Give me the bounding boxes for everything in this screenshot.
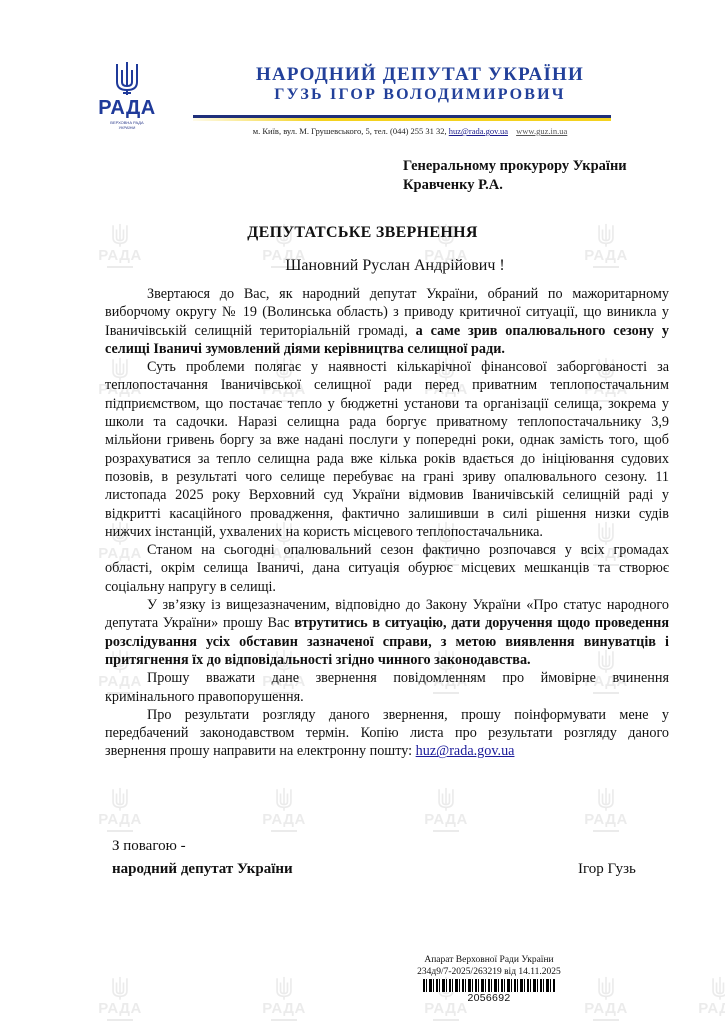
- watermark-logo: РАДА: [584, 786, 628, 832]
- watermark-logo: РАДА: [98, 975, 142, 1021]
- watermark-text: РАДА: [262, 812, 306, 828]
- letterhead-name: ГУЗЬ ІГОР ВОЛОДИМИРОВИЧ: [200, 86, 640, 104]
- watermark-logo: РАДА: [98, 786, 142, 832]
- trident-icon: [597, 786, 615, 812]
- addressee-position: Генеральному прокурору України: [403, 157, 627, 176]
- signatory-role: народний депутат України: [112, 861, 293, 878]
- letterhead-title: НАРОДНИЙ ДЕПУТАТ УКРАЇНИ: [200, 64, 640, 86]
- watermark-logo: РАДА: [424, 786, 468, 832]
- trident-icon: [711, 975, 725, 1001]
- paragraph-1: Звертаюся до Вас, як народний депутат Ук…: [105, 285, 669, 358]
- rada-logo: РАДА ВЕРХОВНА РАДА УКРАЇНИ: [97, 60, 157, 130]
- logo-subtext-line: УКРАЇНИ: [97, 125, 157, 130]
- paragraph-5: Прошу вважати дане звернення повідомленн…: [105, 669, 669, 706]
- registration-stamp: Апарат Верховної Ради України 234д9/7-20…: [396, 955, 582, 1004]
- watermark-text: РАДА: [424, 812, 468, 828]
- addressee-name: Кравченку Р.А.: [403, 176, 627, 195]
- watermark-subtext: [107, 1019, 133, 1021]
- salutation: Шановний Руслан Андрійович !: [0, 257, 725, 275]
- watermark-subtext: [593, 1019, 619, 1021]
- closing-phrase: З повагою -: [112, 838, 186, 855]
- stamp-reg-number: 234д9/7-2025/263219 від 14.11.2025: [396, 966, 582, 978]
- watermark-text: РАДА: [584, 1001, 628, 1017]
- header-rule-yellow: [193, 118, 611, 121]
- paragraph-3: Станом на сьогодні опалювальний сезон фа…: [105, 541, 669, 596]
- watermark-subtext: [433, 830, 459, 832]
- logo-text: РАДА: [97, 98, 157, 118]
- watermark-subtext: [271, 1019, 297, 1021]
- watermark-logo: РАДА: [262, 786, 306, 832]
- trident-icon: [275, 786, 293, 812]
- document-title: ДЕПУТАТСЬКЕ ЗВЕРНЕННЯ: [0, 224, 725, 242]
- watermark-subtext: [433, 1019, 459, 1021]
- trident-icon: [275, 975, 293, 1001]
- watermark-subtext: [593, 830, 619, 832]
- letter-body: Звертаюся до Вас, як народний депутат Ук…: [105, 285, 669, 761]
- paragraph-6: Про результати розгляду даного звернення…: [105, 706, 669, 761]
- barcode: [423, 979, 555, 992]
- stamp-organization: Апарат Верховної Ради України: [396, 955, 582, 966]
- contact-website-link[interactable]: www.guz.in.ua: [516, 126, 567, 136]
- contact-address: м. Київ, вул. М. Грушевського, 5, тел. (…: [253, 126, 447, 136]
- paragraph-2: Суть проблеми полягає у наявності кілька…: [105, 358, 669, 541]
- watermark-text: РАДА: [698, 1001, 725, 1017]
- watermark-logo: РАДА: [262, 975, 306, 1021]
- letterhead-contacts: м. Київ, вул. М. Грушевського, 5, тел. (…: [200, 126, 620, 136]
- watermark-subtext: [271, 830, 297, 832]
- watermark-subtext: [107, 830, 133, 832]
- trident-icon: [114, 60, 140, 96]
- paragraph-text: Про результати розгляду даного звернення…: [105, 707, 669, 760]
- contact-email-link[interactable]: huz@rada.gov.ua: [449, 126, 508, 136]
- logo-subtext: ВЕРХОВНА РАДА УКРАЇНИ: [97, 120, 157, 130]
- signatory-name: Ігор Гузь: [578, 861, 636, 878]
- trident-icon: [111, 786, 129, 812]
- addressee-block: Генеральному прокурору України Кравченку…: [403, 157, 627, 195]
- trident-icon: [111, 975, 129, 1001]
- watermark-logo: РАДА: [698, 975, 725, 1017]
- barcode-number: 2056692: [396, 992, 582, 1004]
- reply-email-link[interactable]: huz@rada.gov.ua: [416, 743, 515, 759]
- watermark-text: РАДА: [98, 812, 142, 828]
- watermark-text: РАДА: [262, 1001, 306, 1017]
- watermark-text: РАДА: [584, 812, 628, 828]
- trident-icon: [597, 975, 615, 1001]
- watermark-logo: РАДА: [584, 975, 628, 1021]
- trident-icon: [437, 786, 455, 812]
- paragraph-4: У зв’язку із вищезазначеним, відповідно …: [105, 596, 669, 669]
- watermark-text: РАДА: [98, 1001, 142, 1017]
